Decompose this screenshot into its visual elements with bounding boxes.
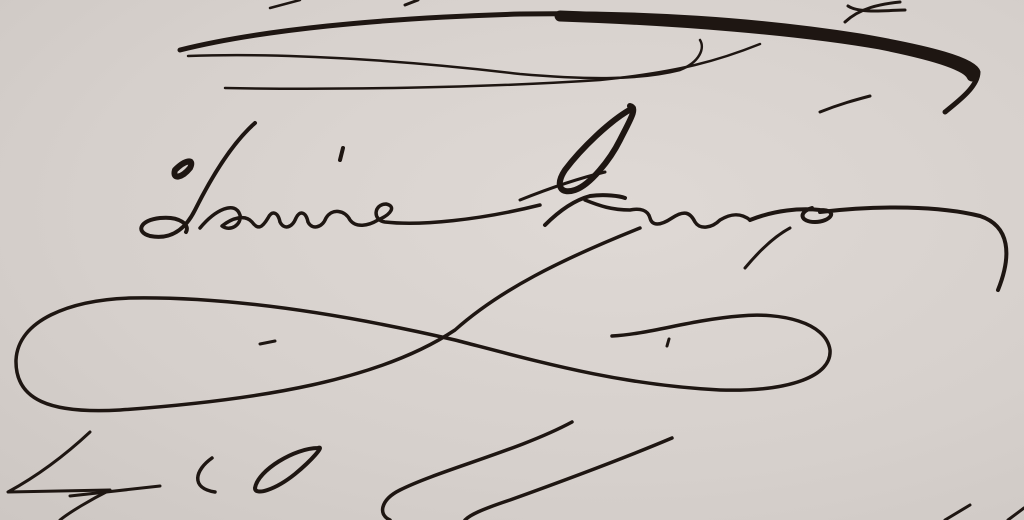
bottom-partial-script bbox=[8, 422, 1024, 520]
infinity-flourish bbox=[16, 228, 830, 411]
ink-strokes bbox=[0, 0, 1024, 520]
top-flourish bbox=[180, 0, 978, 112]
signature-name bbox=[141, 96, 1006, 290]
paper-background: Jaime Graup y Co bbox=[0, 0, 1024, 520]
